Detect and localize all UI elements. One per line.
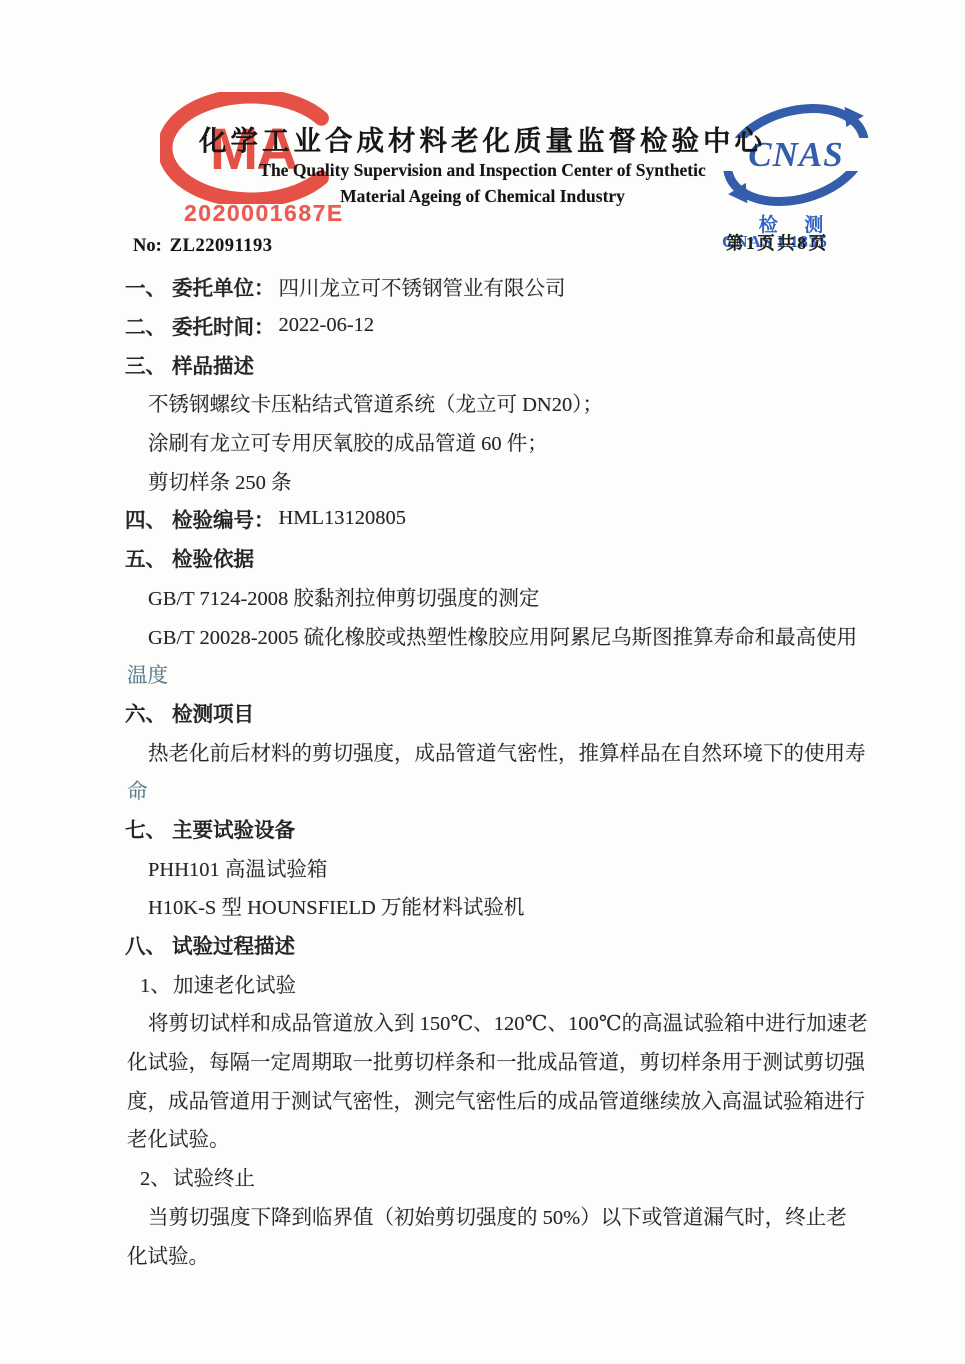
section-number: 二、 <box>125 310 172 340</box>
section-label: 检验依据 <box>172 542 254 572</box>
subsection-number: 2、 <box>140 1161 173 1191</box>
section-main-equipment: 七、 主要试验设备 <box>125 809 885 848</box>
test-items-line: 热老化前后材料的剪切强度，成品管道气密性，推算样品在自然环境下的使用寿 <box>125 731 885 770</box>
equipment-line: PHH101 高温试验箱 <box>125 847 885 886</box>
aging-paragraph-line: 老化试验。 <box>125 1118 885 1157</box>
line-text: 涂刷有龙立可专用厌氧胶的成品管道 60 件； <box>148 426 548 456</box>
section-value: 四川龙立可不锈钢管业有限公司 <box>279 271 566 301</box>
report-number-label: No: <box>133 236 162 256</box>
section-test-process: 八、 试验过程描述 <box>125 925 885 964</box>
subsection-test-termination: 2、 试验终止 <box>125 1157 885 1196</box>
subsection-title: 试验终止 <box>173 1161 255 1191</box>
section-test-items: 六、 检测项目 <box>125 693 885 732</box>
aging-paragraph-line: 度，成品管道用于测试气密性，测完气密性后的成品管道继续放入高温试验箱进行 <box>125 1079 885 1118</box>
section-number: 四、 <box>125 503 172 533</box>
section-number: 一、 <box>125 271 172 301</box>
org-title-english-line2: Material Ageing of Chemical Industry <box>190 186 775 207</box>
page-info-overlap: CNAS L1835 第1页共8页 <box>722 230 892 256</box>
line-text: 将剪切试样和成品管道放入到 150℃、120℃、100℃的高温试验箱中进行加速老 <box>148 1006 868 1036</box>
section-label: 委托时间： <box>172 310 275 340</box>
report-number-line: No:ZL22091193 <box>133 236 272 257</box>
line-text: 温度 <box>127 658 168 688</box>
section-label: 试验过程描述 <box>172 929 295 959</box>
line-text: 当剪切强度下降到临界值（初始剪切强度的 50%）以下或管道漏气时，终止老 <box>148 1200 847 1230</box>
inspection-basis-line: GB/T 7124-2008 胶黏剂拉伸剪切强度的测定 <box>125 577 885 616</box>
line-text: GB/T 7124-2008 胶黏剂拉伸剪切强度的测定 <box>148 581 539 611</box>
sample-description-line: 不锈钢螺纹卡压粘结式管道系统（龙立可 DN20）； <box>125 383 885 422</box>
section-label: 主要试验设备 <box>172 813 295 843</box>
page-number-text: 第1页共8页 <box>726 230 829 255</box>
report-body: 一、 委托单位： 四川龙立可不锈钢管业有限公司 二、 委托时间： 2022-06… <box>125 267 885 1273</box>
section-value: 2022-06-12 <box>279 314 375 337</box>
section-number: 三、 <box>125 349 172 379</box>
sample-description-line: 涂刷有龙立可专用厌氧胶的成品管道 60 件； <box>125 422 885 461</box>
section-number: 七、 <box>125 813 172 843</box>
org-title-chinese: 化学工业合成材料老化质量监督检验中心 <box>190 118 775 158</box>
line-text: 命 <box>127 774 148 804</box>
test-items-continuation: 命 <box>125 770 885 809</box>
subsection-title: 加速老化试验 <box>173 968 296 998</box>
section-entrusting-unit: 一、 委托单位： 四川龙立可不锈钢管业有限公司 <box>125 267 885 306</box>
termination-paragraph-line: 化试验。 <box>125 1234 885 1273</box>
section-label: 检验编号： <box>172 503 275 533</box>
equipment-line: H10K-S 型 HOUNSFIELD 万能材料试验机 <box>125 886 885 925</box>
termination-paragraph-line: 当剪切强度下降到临界值（初始剪切强度的 50%）以下或管道漏气时，终止老 <box>125 1196 885 1235</box>
line-text: 化试验。 <box>127 1239 209 1269</box>
line-text: 老化试验。 <box>127 1122 230 1152</box>
aging-paragraph-line: 将剪切试样和成品管道放入到 150℃、120℃、100℃的高温试验箱中进行加速老 <box>125 1002 885 1041</box>
line-text: H10K-S 型 HOUNSFIELD 万能材料试验机 <box>148 890 524 920</box>
line-text: 度，成品管道用于测试气密性，测完气密性后的成品管道继续放入高温试验箱进行 <box>127 1084 865 1114</box>
section-label: 委托单位： <box>172 271 275 301</box>
line-text: 剪切样条 250 条 <box>148 465 292 495</box>
org-title-english-line1: The Quality Supervision and Inspection C… <box>190 160 775 181</box>
line-text: PHH101 高温试验箱 <box>148 852 327 882</box>
section-number: 六、 <box>125 697 172 727</box>
section-inspection-number: 四、 检验编号： HML13120805 <box>125 499 885 538</box>
sample-description-line: 剪切样条 250 条 <box>125 460 885 499</box>
line-text: 化试验，每隔一定周期取一批剪切样条和一批成品管道，剪切样条用于测试剪切强 <box>127 1045 865 1075</box>
line-text: 热老化前后材料的剪切强度，成品管道气密性，推算样品在自然环境下的使用寿 <box>148 736 866 766</box>
report-number-value: ZL22091193 <box>170 236 273 256</box>
subsection-number: 1、 <box>140 968 173 998</box>
section-value: HML13120805 <box>279 507 407 530</box>
section-inspection-basis: 五、 检验依据 <box>125 538 885 577</box>
section-label: 检测项目 <box>172 697 254 727</box>
section-number: 八、 <box>125 929 172 959</box>
section-label: 样品描述 <box>172 349 254 379</box>
inspection-basis-line: GB/T 20028-2005 硫化橡胶或热塑性橡胶应用阿累尼乌斯图推算寿命和最… <box>125 615 885 654</box>
section-entrusting-date: 二、 委托时间： 2022-06-12 <box>125 306 885 345</box>
section-sample-description: 三、 样品描述 <box>125 344 885 383</box>
inspection-basis-continuation: 温度 <box>125 654 885 693</box>
report-page: MA 2020001687E 化学工业合成材料老化质量监督检验中心 The Qu… <box>0 0 965 1364</box>
aging-paragraph-line: 化试验，每隔一定周期取一批剪切样条和一批成品管道，剪切样条用于测试剪切强 <box>125 1041 885 1080</box>
line-text: GB/T 20028-2005 硫化橡胶或热塑性橡胶应用阿累尼乌斯图推算寿命和最… <box>148 620 857 650</box>
subsection-accelerated-aging: 1、 加速老化试验 <box>125 963 885 1002</box>
line-text: 不锈钢螺纹卡压粘结式管道系统（龙立可 DN20）； <box>148 387 603 417</box>
section-number: 五、 <box>125 542 172 572</box>
